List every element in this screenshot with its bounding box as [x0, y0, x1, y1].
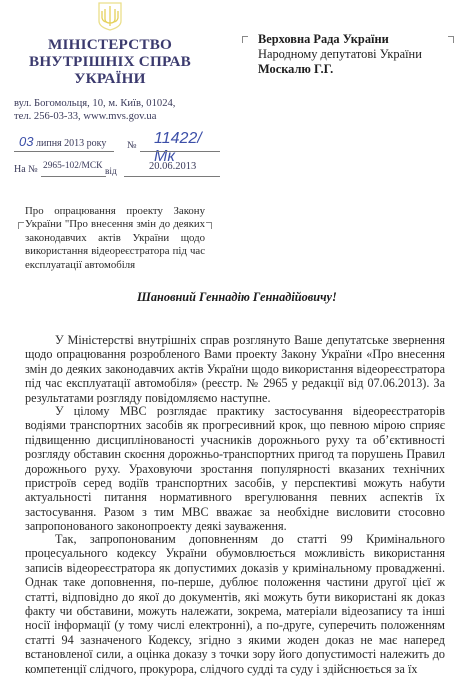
paragraph-text: Так, запропонованим доповненням до статт… — [25, 532, 445, 676]
address-contacts: тел. 256-03-33, www.mvs.gov.ua — [14, 110, 175, 123]
trident-emblem-icon — [97, 1, 123, 31]
number-label: № — [127, 140, 137, 151]
reply-number-underline — [41, 176, 106, 177]
body-paragraph-1: У Міністерстві внутрішніх справ розгляну… — [25, 333, 445, 405]
greeting: Шановний Геннадію Геннадійовичу! — [137, 290, 337, 305]
number-underline — [140, 151, 220, 152]
letter-subject: Про опрацювання проекту Закону України "… — [25, 205, 205, 272]
addressee-title: Народному депутатові України — [258, 47, 422, 62]
body-paragraph-2: У цілому МВС розглядає практику застосув… — [25, 404, 445, 534]
addressee-bracket-left — [242, 36, 248, 43]
ministry-name: МІНІСТЕРСТВО ВНУТРІШНІХ СПРАВ УКРАЇНИ — [10, 36, 210, 87]
day-handwritten: 03 — [19, 134, 33, 149]
addressee-name: Москалю Г.Г. — [258, 62, 422, 77]
addressee-organization: Верховна Рада України — [258, 32, 422, 47]
from-label: від — [105, 167, 117, 177]
reply-date-underline — [124, 176, 220, 177]
reply-date: 20.06.2013 — [149, 161, 196, 172]
ministry-address: вул. Богомольця, 10, м. Київ, 01024, тел… — [14, 97, 175, 123]
addressee-bracket-right — [448, 36, 454, 43]
addressee-block: Верховна Рада України Народному депутато… — [258, 32, 422, 77]
paragraph-text: У Міністерстві внутрішніх справ розгляну… — [25, 333, 445, 405]
ministry-line-3: УКРАЇНИ — [10, 70, 210, 87]
paragraph-text: У цілому МВС розглядає практику застосув… — [25, 404, 445, 534]
ministry-line-1: МІНІСТЕРСТВО — [10, 36, 210, 53]
date-underline — [14, 151, 114, 152]
body-paragraph-3: Так, запропонованим доповненням до статт… — [25, 532, 445, 676]
registration-block: 03 липня 2013 року № 11422/Мк На № 2965-… — [14, 136, 214, 182]
subject-bracket-right — [206, 222, 212, 229]
ministry-line-2: ВНУТРІШНІХ СПРАВ — [10, 53, 210, 70]
date-text: липня 2013 року — [36, 138, 106, 149]
reply-label: На № — [14, 164, 38, 175]
address-street: вул. Богомольця, 10, м. Київ, 01024, — [14, 97, 175, 110]
subject-bracket-left — [18, 222, 24, 229]
reply-number: 2965-102/МСК — [43, 161, 102, 171]
